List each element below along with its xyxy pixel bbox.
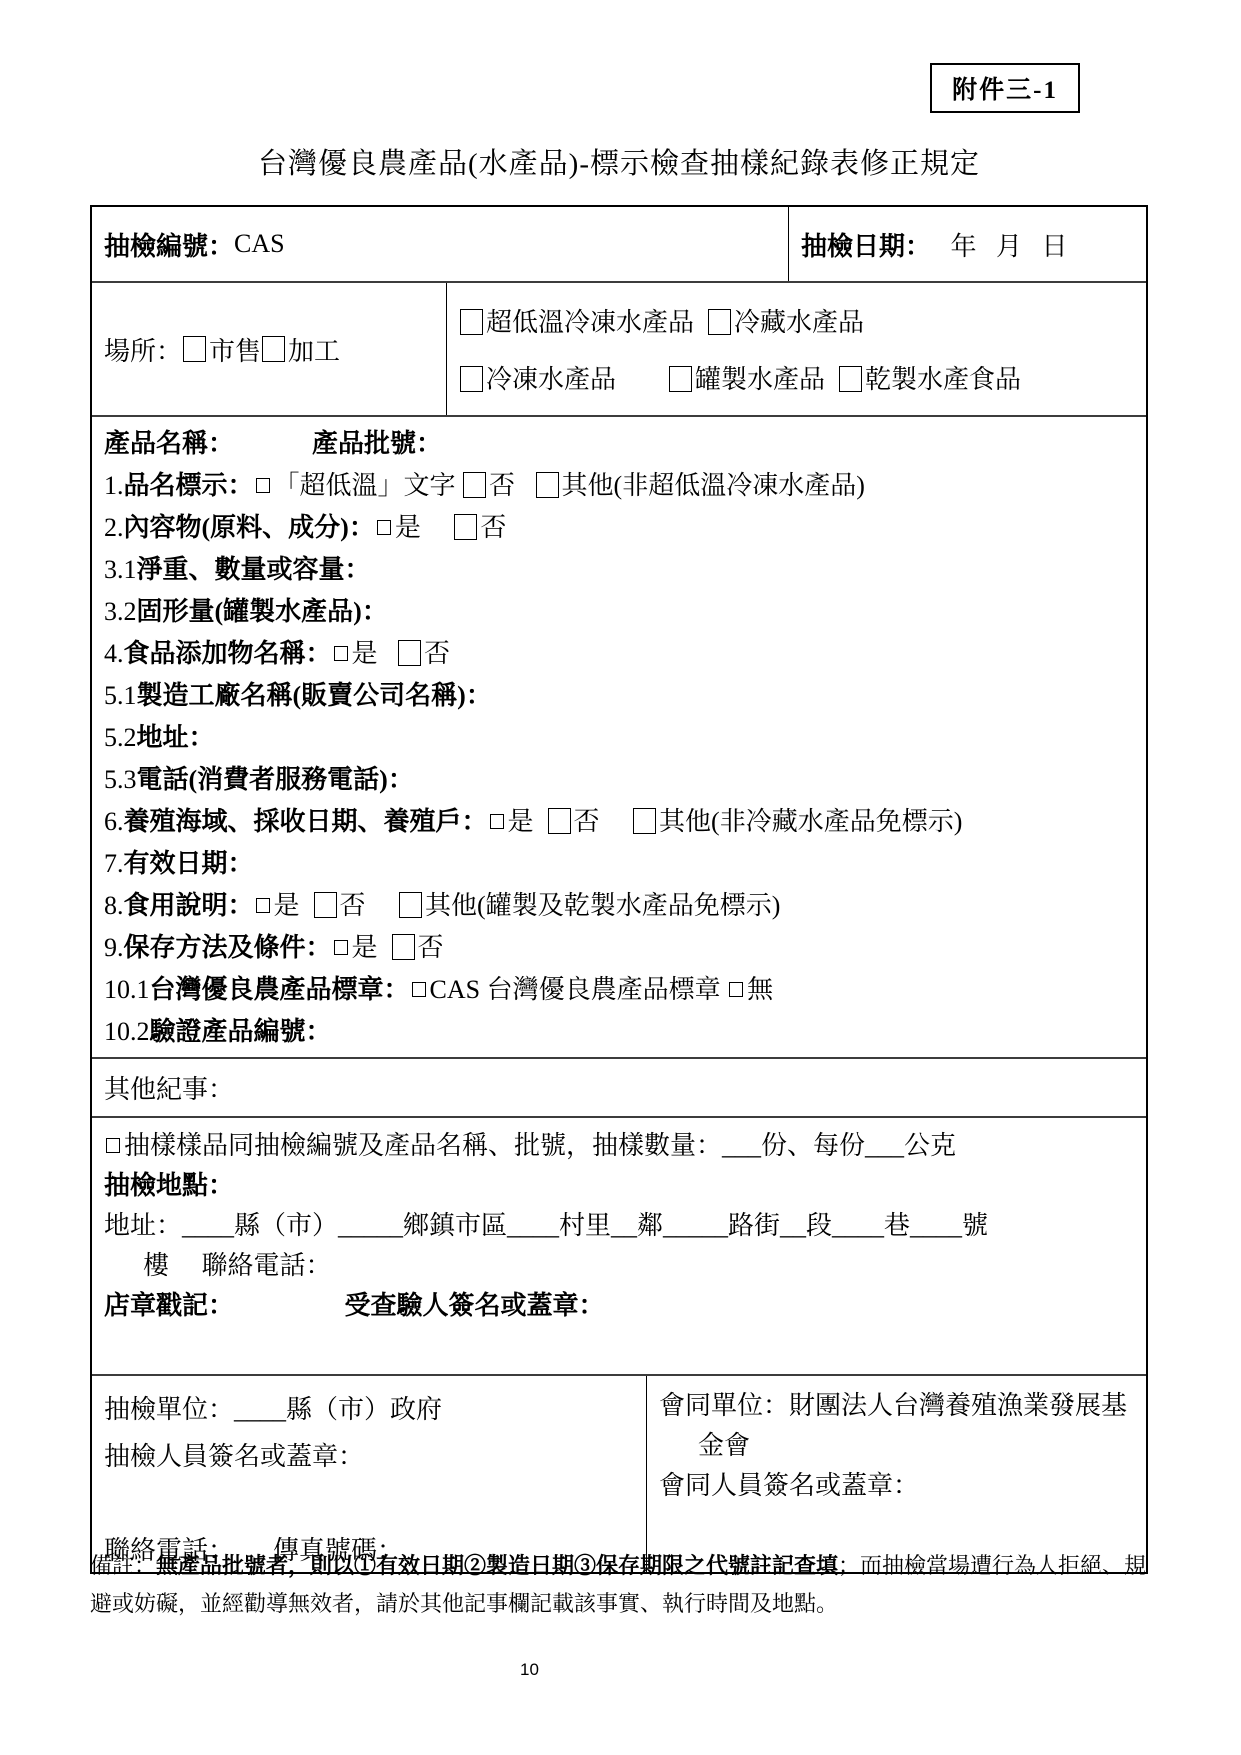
text-segment: 10.2 [104, 1017, 150, 1046]
text-segment: 否 [340, 891, 399, 920]
text-segment: 會同單位：財團法人台灣養殖漁業發展基 [659, 1391, 1127, 1420]
form-line: 5.1製造工廠名稱(販賣公司名稱)： [104, 675, 1138, 717]
form-line: 10.1台灣優良農產品標章：CAS 台灣優良農產品標章 無 [104, 969, 1138, 1011]
cell-inspection-number: 抽檢編號：CAS [92, 207, 789, 281]
form-line: 4.食品添加物名稱：是 否 [104, 633, 1138, 675]
checkbox-icon [398, 640, 421, 666]
row-units: 抽檢單位：____縣（市）政府抽檢人員簽名或蓋章： 聯絡電話： 傳真號碼： 會同… [92, 1374, 1146, 1572]
form-line: 2.內容物(原料、成分)：是 否 [104, 507, 1138, 549]
text-segment: 地址： [137, 723, 215, 752]
checkbox-icon [314, 892, 337, 918]
text-segment: 台灣優良農產品標章： [150, 975, 410, 1004]
checkbox-icon [839, 366, 862, 392]
text-segment: 會同人員簽名或蓋章： [659, 1471, 919, 1500]
text-segment: 店章戳記： [104, 1291, 234, 1320]
text-segment: 其他紀事： [104, 1075, 234, 1104]
form-line: 會同人員簽名或蓋章： [659, 1466, 1138, 1506]
text-segment: 產品批號： [312, 429, 442, 458]
text-segment: 樓 聯絡電話： [104, 1251, 332, 1280]
form-line: 其他紀事： [104, 1069, 234, 1106]
form-line: 會同單位：財團法人台灣養殖漁業發展基 [659, 1386, 1138, 1426]
text-segment [234, 429, 312, 458]
text-segment: 3.2 [104, 597, 137, 626]
text-segment: 5.2 [104, 723, 137, 752]
cell-inspection-date: 抽檢日期： 年 月 日 [789, 207, 1146, 281]
text-segment: 4. [104, 639, 124, 668]
text-segment: 9. [104, 933, 124, 962]
text-segment: 是 [508, 807, 547, 836]
text-segment: 罐製水產品 [695, 365, 838, 394]
form-line: 產品名稱： 產品批號： [104, 423, 1138, 465]
text-segment: 抽檢地點： [104, 1171, 234, 1200]
text-segment: 7. [104, 849, 124, 878]
checkbox-icon [256, 478, 270, 493]
text-segment: 品名標示： [124, 471, 254, 500]
checkbox-icon [256, 898, 270, 913]
text-segment: 固形量(罐製水產品)： [137, 597, 388, 626]
text-segment: 製造工廠名稱(販賣公司名稱)： [137, 681, 492, 710]
form-line: 5.2地址： [104, 717, 1138, 759]
form-line: 10.2驗證產品編號： [104, 1011, 1138, 1053]
checkbox-icon [106, 1138, 120, 1153]
checkbox-icon [334, 940, 348, 955]
checkbox-icon [377, 520, 391, 535]
checkbox-icon [463, 472, 486, 498]
row-other-notes: 其他紀事： [92, 1057, 1146, 1116]
text-segment: 有效日期： [124, 849, 254, 878]
form-line: 抽檢單位：____縣（市）政府 [104, 1386, 638, 1433]
checkbox-icon [536, 472, 559, 498]
text-segment: 抽檢編號： [104, 226, 234, 263]
text-segment [234, 1291, 345, 1320]
form-line: 1.品名標示：「超低溫」文字 否 其他(非超低溫冷凍水產品) [104, 465, 1138, 507]
form-line: 抽檢地點： [104, 1166, 1138, 1206]
text-segment: 市售 [209, 331, 261, 368]
text-segment: 無 [747, 975, 773, 1004]
checkbox-icon [708, 309, 731, 335]
cell-location: 場所：市售加工 [92, 283, 447, 415]
text-segment: 是 [352, 933, 391, 962]
checkbox-icon [669, 366, 692, 392]
form-line: 5.3電話(消費者服務電話)： [104, 759, 1138, 801]
form-line: 金會 [659, 1426, 1138, 1466]
checkbox-icon [460, 309, 483, 335]
cell-accompanying-unit: 會同單位：財團法人台灣養殖漁業發展基 金會會同人員簽名或蓋章： [647, 1376, 1146, 1572]
form-line: 樓 聯絡電話： [104, 1246, 1138, 1286]
text-segment: 食用說明： [124, 891, 254, 920]
text-segment: 產品名稱： [104, 429, 234, 458]
form-title: 台灣優良農產品(水產品)-標示檢查抽樣紀錄表修正規定 [90, 141, 1148, 182]
checkbox-icon [262, 336, 285, 362]
text-segment: 2. [104, 513, 124, 542]
text-segment: 是 [274, 891, 313, 920]
text-segment: 冷凍水產品 [486, 365, 668, 394]
row-sampling-info: 抽樣樣品同抽檢編號及產品名稱、批號，抽樣數量：___份、每份___公克抽檢地點：… [92, 1116, 1146, 1374]
footnote: 備註：無產品批號者，則以①有效日期②製造日期③保存期限之代號註記查填；而抽檢當場… [90, 1547, 1152, 1623]
form-line: 冷凍水產品 罐製水產品 乾製水產食品 [459, 359, 1146, 396]
checkbox-icon [633, 808, 656, 834]
text-segment: 「超低溫」文字 [274, 471, 463, 500]
text-segment: 6. [104, 807, 124, 836]
form-line: 抽樣樣品同抽檢編號及產品名稱、批號，抽樣數量：___份、每份___公克 [104, 1126, 1138, 1166]
form-line: 7.有效日期： [104, 843, 1138, 885]
text-segment: 8. [104, 891, 124, 920]
text-segment: 是 [395, 513, 454, 542]
text-segment: 10.1 [104, 975, 150, 1004]
form-line: 店章戳記： 受查驗人簽名或蓋章： [104, 1286, 1138, 1326]
text-segment: 乾製水產食品 [865, 365, 1021, 394]
checkbox-icon [454, 514, 477, 540]
page-number: 10 [520, 1660, 539, 1680]
text-segment: 否 [489, 471, 535, 500]
text-segment: 內容物(原料、成分)： [124, 513, 375, 542]
text-segment: 抽檢日期： [801, 226, 931, 263]
cell-product-type-checkboxes: 超低溫冷凍水產品 冷藏水產品冷凍水產品 罐製水產品 乾製水產食品 [447, 283, 1146, 415]
checkbox-icon [412, 982, 426, 997]
checkbox-icon [334, 646, 348, 661]
text-segment: 抽檢單位：____縣（市）政府 [104, 1395, 442, 1424]
checkbox-icon [392, 934, 415, 960]
form-line: 地址：____縣（市）_____鄉鎮市區____村里__鄰_____路街__段_… [104, 1206, 1138, 1246]
form-line: 超低溫冷凍水產品 冷藏水產品 [459, 302, 1146, 339]
text-segment: 否 [424, 639, 450, 668]
form-line: 3.1淨重、數量或容量： [104, 549, 1138, 591]
text-segment: 5.3 [104, 765, 137, 794]
text-segment: 加工 [288, 331, 340, 368]
text-segment: 淨重、數量或容量： [137, 555, 371, 584]
text-segment: 受查驗人簽名或蓋章： [345, 1291, 605, 1320]
row-label-check-items: 產品名稱： 產品批號：1.品名標示：「超低溫」文字 否 其他(非超低溫冷凍水產品… [92, 415, 1146, 1057]
text-segment: 年 月 日 [931, 226, 1068, 263]
text-segment: 無產品批號者，則以①有效日期②製造日期③保存期限之代號註記查填 [156, 1553, 838, 1578]
text-segment: 冷藏水產品 [734, 308, 864, 337]
text-segment: 1. [104, 471, 124, 500]
text-segment: 場所： [104, 331, 182, 368]
text-segment: 保存方法及條件： [124, 933, 332, 962]
form-line: 8.食用說明：是 否 其他(罐製及乾製水產品免標示) [104, 885, 1138, 927]
text-segment: 金會 [659, 1431, 750, 1460]
form-line: 6.養殖海域、採收日期、養殖戶：是 否 其他(非冷藏水產品免標示) [104, 801, 1138, 843]
form-line: 3.2固形量(罐製水產品)： [104, 591, 1138, 633]
text-segment: 否 [480, 513, 506, 542]
text-segment: 3.1 [104, 555, 137, 584]
text-segment: 5.1 [104, 681, 137, 710]
form-line [104, 1480, 638, 1527]
form-line: 抽檢人員簽名或蓋章： [104, 1433, 638, 1480]
row-location-product-type: 場所：市售加工 超低溫冷凍水產品 冷藏水產品冷凍水產品 罐製水產品 乾製水產食品 [92, 281, 1146, 415]
row-inspection-number-date: 抽檢編號：CAS 抽檢日期： 年 月 日 [92, 207, 1146, 281]
text-segment: 其他(非超低溫冷凍水產品) [562, 471, 865, 500]
text-segment: CAS [234, 229, 285, 259]
cell-inspection-unit: 抽檢單位：____縣（市）政府抽檢人員簽名或蓋章： 聯絡電話： 傳真號碼： [92, 1376, 647, 1572]
text-segment [104, 1489, 111, 1518]
text-segment: 地址：____縣（市）_____鄉鎮市區____村里__鄰_____路街__段_… [104, 1211, 988, 1240]
text-segment: 驗證產品編號： [150, 1017, 332, 1046]
text-segment: 食品添加物名稱： [124, 639, 332, 668]
checkbox-icon [729, 982, 743, 997]
form-line: 9.保存方法及條件：是 否 [104, 927, 1138, 969]
checkbox-icon [399, 892, 422, 918]
text-segment: CAS 台灣優良農產品標章 [430, 975, 728, 1004]
text-segment: 電話(消費者服務電話)： [137, 765, 414, 794]
text-segment: 其他(非冷藏水產品免標示) [659, 807, 962, 836]
text-segment: 抽檢人員簽名或蓋章： [104, 1442, 364, 1471]
text-segment: 備註： [90, 1553, 156, 1578]
document-page: 附件三-1 台灣優良農產品(水產品)-標示檢查抽樣紀錄表修正規定 抽檢編號：CA… [0, 0, 1241, 1755]
inspection-form-table: 抽檢編號：CAS 抽檢日期： 年 月 日 場所：市售加工 超低溫冷凍水產品 冷藏… [90, 205, 1148, 1574]
text-segment: 是 [352, 639, 398, 668]
text-segment: 否 [418, 933, 444, 962]
checkbox-icon [548, 808, 571, 834]
text-segment: 養殖海域、採收日期、養殖戶： [124, 807, 488, 836]
checkbox-icon [460, 366, 483, 392]
attachment-badge: 附件三-1 [930, 63, 1080, 113]
text-segment: 否 [574, 807, 633, 836]
checkbox-icon [490, 814, 504, 829]
checkbox-icon [183, 336, 206, 362]
text-segment: 其他(罐製及乾製水產品免標示) [425, 891, 780, 920]
text-segment: 超低溫冷凍水產品 [486, 308, 707, 337]
text-segment: 抽樣樣品同抽檢編號及產品名稱、批號，抽樣數量：___份、每份___公克 [124, 1131, 956, 1160]
